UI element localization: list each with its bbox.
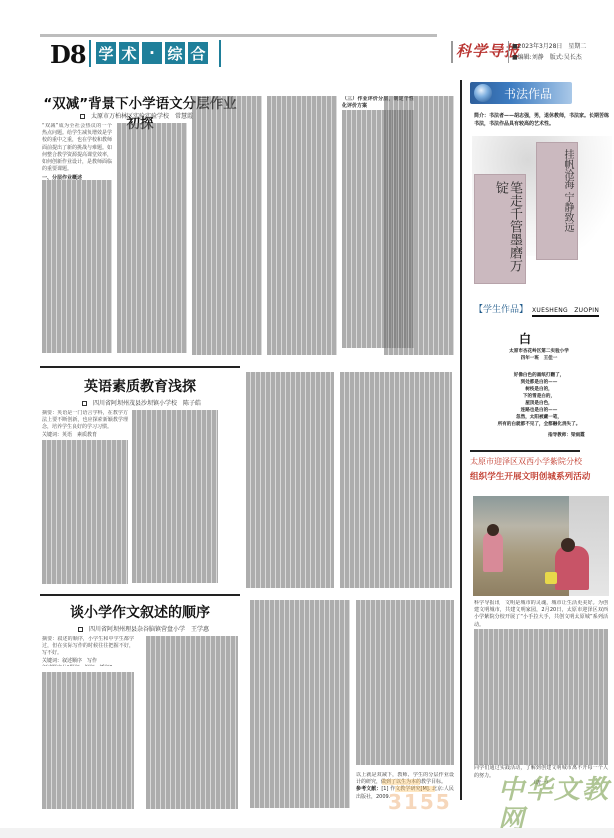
scroll-text: 笔走千管墨磨万锭 [493,181,521,279]
article-lead: 摘要：英语是一门语言学科，在教学方法上要不断创新，也应探索新颖教学理念，培养学生… [42,410,128,432]
references-label: 参考文献： [356,786,381,792]
poem-teacher: 指导教师：梁雨霞 [548,432,585,438]
article-byline: 四川省阿坝州理县杂谷脑镇营盘小学 王学惠 [78,624,209,633]
poem-author: 四年一班 王佳一 [474,355,604,362]
news-title-line1: 太原市迎泽区双西小学紫院分校 [470,456,582,467]
news-title-line2: 组织学生开展文明创城系列活动 [470,470,590,482]
article-byline: 太原市万柏林区实验实验学校 常慧霞 [80,111,193,120]
issue-editors: ■编辑:刘静 版式:吴长杰 [512,52,586,63]
news-photo [473,496,609,596]
poem-line: 下的雪是白的， [474,393,604,400]
article-lead: “双减”成为全社会热议的一个热点问题。给学生减负增效是学校的重中之重，也在学校和… [42,123,112,173]
calligraphy-scroll-left: 笔走千管墨磨万锭 [474,174,526,284]
article-text-lines [42,440,128,588]
watermark-faint: 3155 [388,790,452,814]
article-column [340,372,452,588]
issue-date: ■2023年3月28日 星期二 [512,41,586,52]
masthead-divider [451,41,453,63]
section-char: · [142,42,162,64]
sidebar-separator [470,450,580,452]
masthead-divider [508,41,509,63]
article-separator [40,594,240,596]
byline-text: 太原市万柏林区实验实验学校 常慧霞 [91,113,193,120]
article-column [267,96,337,359]
photo-bucket [545,572,557,584]
photo-head [561,538,575,552]
article-keywords: 关键词：叙述顺序 写作 [42,658,134,665]
photo-child [483,532,503,572]
section-char: 术 [119,42,139,64]
bullet-box-icon [82,401,87,406]
article-column [384,96,454,359]
article-text-lines [42,180,112,360]
article-lead: 摘要：叙述的顺序，小学生和中学生都学过，但在实际写作的时候往往把握不好，写不好。 [42,636,134,658]
poem-title: 白 [519,330,531,347]
page-number: D8 [50,40,86,69]
banner-label: 书法作品 [504,85,552,102]
masthead-logo: 科学导报 [456,40,520,61]
article-column [192,96,262,359]
article-column [356,600,454,772]
article-keywords: 关键词：英语 素质教育 [42,432,128,439]
globe-icon [474,84,492,102]
article-column: 摘要：英语是一门语言学科，在教学方法上要不断创新，也应探索新颖教学理念，培养学生… [42,410,128,440]
bullet-box-icon [78,627,83,632]
poem-line: 屋顶是白色， [474,400,604,407]
poem-line: 树枝是白的， [474,386,604,393]
issue-meta: ■2023年3月28日 星期二 ■编辑:刘静 版式:吴长杰 [512,41,586,63]
calligraphy-intro: 简介：书法者——胡志强，男，退休教师，书法家。长期苦练书法，书法作品具有较高的艺… [474,112,610,128]
poem-school: 太原市杏花岭区第二实验小学 [474,348,604,355]
article-column: 摘要：叙述的顺序，小学生和中学生都学过，但在实际写作的时候往往把握不好，写不好。… [42,636,134,666]
page-bottom-margin [0,828,614,838]
article-title: 英语素质教育浅探 [60,376,220,396]
section-char: 学 [96,42,116,64]
article-column [246,372,334,588]
watermark-logo: 中华文教网 [498,775,614,835]
bullet-box-icon [80,114,85,119]
article-title: 谈小学作文叙述的顺序 [60,602,220,622]
header-rule [40,34,177,37]
article-separator [40,366,240,368]
poem-line: 好像白色的画纸打翻了， [474,372,604,379]
article-text-lines [42,672,134,812]
poem-body: 好像白色的画纸打翻了， 到处都是白的—— 树枝是白的， 下的雪是白的， 屋顶是白… [474,372,604,428]
calligraphy-banner: 书法作品 [470,82,572,104]
article-excerpt: 叙述顺序分“顺叙、倒叙、插叙”。 [42,665,134,666]
poem-line: 连路也是白的—— [474,407,604,414]
photo-child [555,546,589,590]
section-char: 综 [165,42,185,64]
section-char: 合 [188,42,208,64]
column-divider [460,80,462,800]
article-column [132,410,218,588]
article-byline: 四川省阿坝州茂县沙坝镇小学校 陈子皓 [82,398,201,407]
header-divider [89,40,91,67]
header-divider [219,40,221,67]
student-works-en: XUESHENG ZUOPIN [532,305,599,317]
article-column [146,636,238,812]
header-rule [177,34,437,37]
poem-line: 所有的白就都不见了，全都融化消失了。 [474,421,604,428]
poem-byline: 太原市杏花岭区第二实验小学 四年一班 王佳一 [474,348,604,362]
poem-line: 到处都是白的—— [474,379,604,386]
newspaper-page: D8 学 术 · 综 合 科学导报 ■2023年3月28日 星期二 ■编辑:刘静… [0,0,614,838]
article-column [250,600,350,812]
student-works-label: 【学生作品】 [474,302,528,315]
scroll-text: 挂帆沧海 宁静致远 [562,149,573,255]
calligraphy-image: 笔走千管墨磨万锭 挂帆沧海 宁静致远 [472,136,612,256]
article-column [117,123,187,359]
poem-line: 忽然，太阳被藏一笔， [474,414,604,421]
byline-text: 四川省阿坝州理县杂谷脑镇营盘小学 王学惠 [89,626,209,633]
calligraphy-scroll-right: 挂帆沧海 宁静致远 [536,142,578,260]
byline-text: 四川省阿坝州茂县沙坝镇小学校 陈子皓 [93,400,201,407]
news-lead: 科学导报讯 文明是城市的灵魂，城市让生活更美好。为创建文明城市，共建文明家园，2… [474,600,608,629]
section-title: 学 术 · 综 合 [96,42,208,64]
photo-head [487,524,499,536]
highlight [382,779,420,785]
